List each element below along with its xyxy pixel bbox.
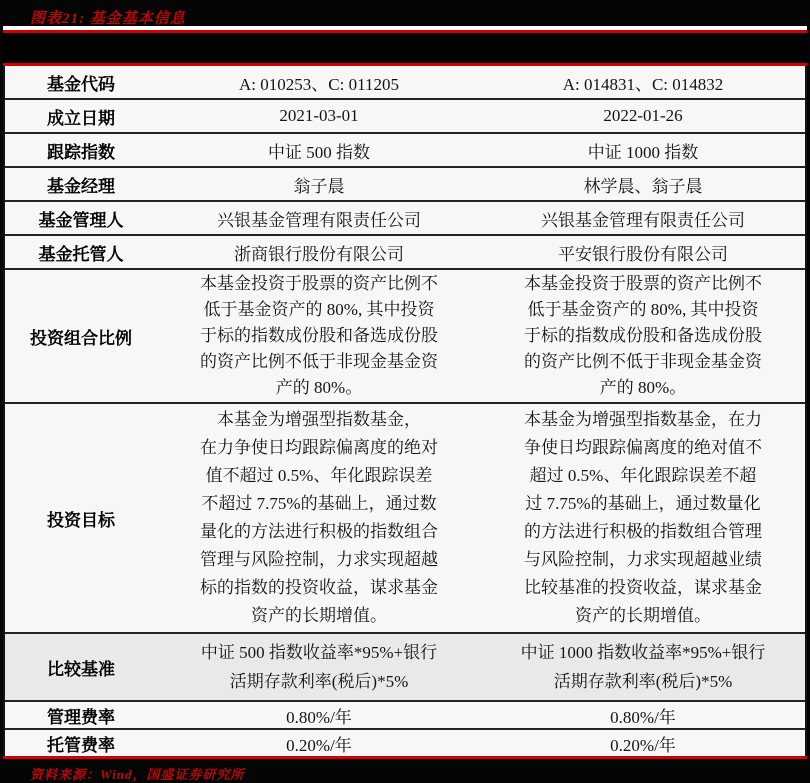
- row-label: 基金管理人: [5, 206, 157, 231]
- row-label: 投资组合比例: [5, 324, 157, 349]
- table-row-management-fee: 管理费率 0.80%/年 0.80%/年: [5, 702, 805, 730]
- row-label: 基金经理: [5, 172, 157, 197]
- table-row-benchmark: 比较基准 中证 500 指数收益率*95%+银行 活期存款利率(税后)*5% 中…: [5, 634, 805, 702]
- row-value-col1: 中证 500 指数收益率*95%+银行 活期存款利率(税后)*5%: [157, 638, 481, 696]
- row-value-col2: 0.20%/年: [481, 731, 805, 756]
- row-label: 管理费率: [5, 703, 157, 728]
- row-value-col2: A: 014831、C: 014832: [481, 70, 805, 95]
- row-label: 基金托管人: [5, 240, 157, 265]
- row-value-col2: 0.80%/年: [481, 703, 805, 728]
- row-label: 比较基准: [5, 655, 157, 680]
- table-row-tracking-index: 跟踪指数 中证 500 指数 中证 1000 指数: [5, 134, 805, 168]
- row-label: 投资目标: [5, 506, 157, 531]
- table-row-portfolio-ratio: 投资组合比例 本基金投资于股票的资产比例不 低于基金资产的 80%, 其中投资 …: [5, 270, 805, 404]
- table-row-fund-manager: 基金经理 翁子晨 林学晨、翁子晨: [5, 168, 805, 202]
- row-value-col2: 林学晨、翁子晨: [481, 172, 805, 197]
- table-row-management-company: 基金管理人 兴银基金管理有限责任公司 兴银基金管理有限责任公司: [5, 202, 805, 236]
- table-row-custodian: 基金托管人 浙商银行股份有限公司 平安银行股份有限公司: [5, 236, 805, 270]
- figure-title: 图表21: 基金基本信息: [0, 0, 810, 26]
- row-label: 跟踪指数: [5, 138, 157, 163]
- fund-info-table-figure: 基金代码 A: 010253、C: 011205 A: 014831、C: 01…: [3, 26, 807, 759]
- row-value-col2: 本基金投资于股票的资产比例不 低于基金资产的 80%, 其中投资 于标的指数成份…: [481, 271, 805, 401]
- table-row-custody-fee: 托管费率 0.20%/年 0.20%/年: [5, 730, 805, 756]
- row-value-col2: 2022-01-26: [481, 106, 805, 126]
- row-value-col1: 翁子晨: [157, 172, 481, 197]
- row-value-col2: 本基金为增强型指数基金，在力 争使日均跟踪偏离度的绝对值不 超过 0.5%、年化…: [481, 406, 805, 630]
- table-row-inception-date: 成立日期 2021-03-01 2022-01-26: [5, 100, 805, 134]
- table-body: 基金代码 A: 010253、C: 011205 A: 014831、C: 01…: [3, 66, 807, 756]
- table-row-fund-code: 基金代码 A: 010253、C: 011205 A: 014831、C: 01…: [5, 66, 805, 100]
- row-value-col1: 本基金投资于股票的资产比例不 低于基金资产的 80%, 其中投资 于标的指数成份…: [157, 271, 481, 401]
- source-note: 资料来源：Wind，国盛证券研究所: [0, 759, 810, 783]
- table-header-band: [3, 33, 807, 63]
- row-value-col2: 平安银行股份有限公司: [481, 240, 805, 265]
- row-value-col2: 兴银基金管理有限责任公司: [481, 206, 805, 231]
- row-value-col2: 中证 1000 指数收益率*95%+银行 活期存款利率(税后)*5%: [481, 638, 805, 696]
- row-value-col1: 本基金为增强型指数基金， 在力争使日均跟踪偏离度的绝对 值不超过 0.5%、年化…: [157, 406, 481, 630]
- row-label: 成立日期: [5, 104, 157, 129]
- row-value-col1: 中证 500 指数: [157, 138, 481, 163]
- row-value-col1: 浙商银行股份有限公司: [157, 240, 481, 265]
- row-value-col2: 中证 1000 指数: [481, 138, 805, 163]
- row-value-col1: 兴银基金管理有限责任公司: [157, 206, 481, 231]
- row-label: 托管费率: [5, 731, 157, 756]
- row-value-col1: 0.80%/年: [157, 703, 481, 728]
- row-value-col1: 0.20%/年: [157, 731, 481, 756]
- table-row-investment-objective: 投资目标 本基金为增强型指数基金， 在力争使日均跟踪偏离度的绝对 值不超过 0.…: [5, 404, 805, 634]
- row-value-col1: A: 010253、C: 011205: [157, 70, 481, 95]
- row-label: 基金代码: [5, 70, 157, 95]
- row-value-col1: 2021-03-01: [157, 106, 481, 126]
